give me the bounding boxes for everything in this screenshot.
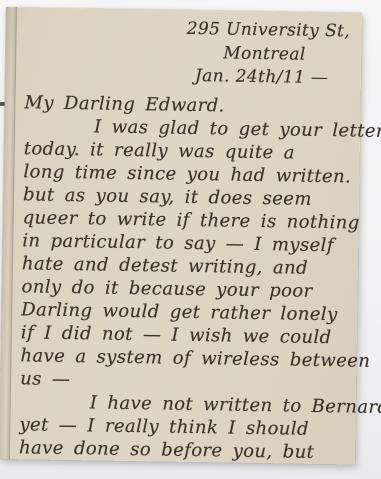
scan-stage: 295 University St, Montreal Jan. 24th/11… — [0, 0, 381, 479]
scan-background: { "page": { "background_color": "#f2f2f4… — [0, 0, 381, 479]
date-line: Jan. 24th/11 — — [195, 66, 329, 88]
letter-paper: 295 University St, Montreal Jan. 24th/11… — [0, 7, 362, 465]
city-line: Montreal — [223, 43, 306, 64]
letter-body: My Darling Edward. I was glad to get you… — [19, 91, 355, 464]
fold-crease — [0, 7, 17, 459]
letter-heading: 295 University St, Montreal Jan. 24th/11… — [6, 7, 362, 13]
letter-line: have done so before you, but — [19, 436, 349, 464]
address-line: 295 University St, — [187, 19, 351, 42]
body-lines: I was glad to get your lettertoday. it r… — [19, 114, 354, 464]
